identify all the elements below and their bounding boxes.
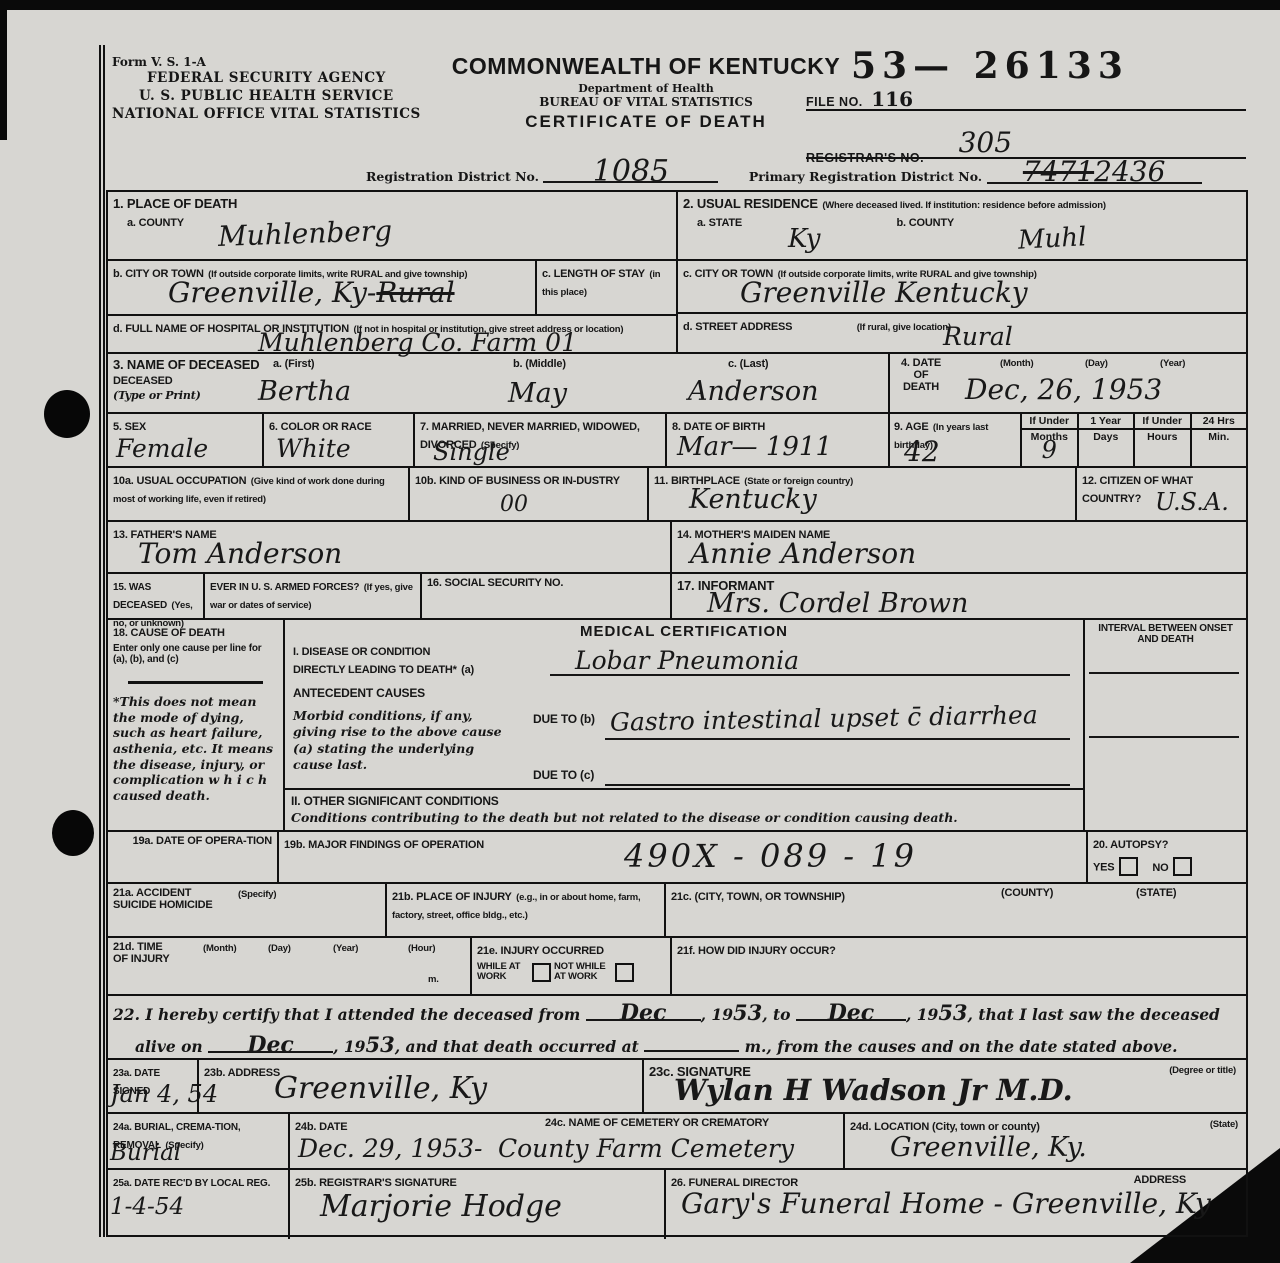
occupation-cell: 10a. USUAL OCCUPATION (Give kind of work… bbox=[108, 468, 408, 520]
document-title: COMMONWEALTH OF KENTUCKY bbox=[406, 53, 886, 80]
institution-value: Muhlenberg Co. Farm 01 bbox=[258, 330, 577, 355]
cemetery-label: 24c. NAME OF CEMETERY OR CREMATORY bbox=[545, 1117, 769, 1129]
injury-county-label: (COUNTY) bbox=[1001, 887, 1053, 899]
institution-cell: d. FULL NAME OF HOSPITAL OR INSTITUTION … bbox=[108, 314, 676, 356]
age-label: 9. AGE bbox=[894, 421, 928, 433]
cause-of-death-note-cell: 18. CAUSE OF DEATH Enter only one cause … bbox=[108, 620, 283, 830]
row-parents: 13. FATHER'S NAME Tom Anderson 14. MOTHE… bbox=[108, 522, 1246, 574]
last-name-value: Anderson bbox=[688, 378, 819, 405]
medical-certification-cell: MEDICAL CERTIFICATION I. DISEASE OR COND… bbox=[283, 620, 1083, 830]
while-at-work-label: WHILE AT WORK bbox=[477, 962, 529, 983]
date-received-value: 1-4-54 bbox=[110, 1196, 184, 1219]
scan-edge-left bbox=[0, 0, 7, 140]
citizen-cell: 12. CITIZEN OF WHAT COUNTRY? U.S.A. bbox=[1075, 468, 1246, 520]
autopsy-yes-label: YES bbox=[1093, 862, 1114, 874]
sex-cell: 5. SEX Female bbox=[108, 414, 262, 466]
middle-name-label: b. (Middle) bbox=[513, 358, 566, 370]
length-of-stay-label: c. LENGTH OF STAY bbox=[542, 268, 645, 280]
operation-findings-label: 19b. MAJOR FINDINGS OF OPERATION bbox=[284, 839, 484, 851]
birthplace-value: Kentucky bbox=[689, 486, 817, 513]
ssn-cell: 16. SOCIAL SECURITY NO. bbox=[420, 574, 670, 618]
other-conditions-block: II. OTHER SIGNIFICANT CONDITIONS Conditi… bbox=[285, 788, 1083, 827]
row-occupation-birthplace: 10a. USUAL OCCUPATION (Give kind of work… bbox=[108, 468, 1246, 522]
name-label: 3. NAME OF DECEASED DECEASED (Type or Pr… bbox=[113, 357, 263, 402]
marital-cell: 7. MARRIED, NEVER MARRIED, WIDOWED, DIVO… bbox=[413, 414, 665, 466]
other-conditions-label: II. OTHER SIGNIFICANT CONDITIONS bbox=[291, 794, 499, 808]
dod-day-label: (Day) bbox=[1085, 358, 1108, 369]
file-no-value: 116 bbox=[871, 87, 913, 111]
accident-label: 21a. ACCIDENT SUICIDE HOMICIDE bbox=[113, 887, 223, 911]
city-value-struck: Rural bbox=[376, 276, 454, 309]
interval-label: INTERVAL BETWEEN ONSET AND DEATH bbox=[1090, 623, 1241, 645]
cause-a-blank: Lobar Pneumonia bbox=[550, 648, 1070, 676]
age-h2: Min. bbox=[1192, 430, 1247, 444]
district-label: Registration District No. bbox=[366, 169, 539, 184]
how-injury-label: 21f. HOW DID INJURY OCCUR? bbox=[677, 945, 836, 957]
certify-t4: , 19 bbox=[906, 1005, 938, 1024]
dod-label-text: 4. DATE OF DEATH bbox=[901, 357, 941, 393]
agency-line: FEDERAL SECURITY AGENCY bbox=[112, 69, 421, 87]
divider-rule bbox=[128, 681, 263, 684]
time-of-injury-label: 21d. TIME OF INJURY bbox=[113, 941, 173, 965]
file-no-line: FILE NO. 116 bbox=[806, 87, 1246, 111]
registrar-signature-cell: 25b. REGISTRAR'S SIGNATURE Marjorie Hodg… bbox=[288, 1170, 664, 1239]
primary-district-struck: 7471 bbox=[1023, 155, 1094, 188]
interval-rule bbox=[1089, 736, 1239, 738]
certify-alive-blank: Dec bbox=[208, 1031, 333, 1053]
primary-district-blank: 74712436 bbox=[987, 158, 1202, 184]
row-medical-certification: 18. CAUSE OF DEATH Enter only one cause … bbox=[108, 620, 1246, 832]
punch-hole bbox=[44, 390, 90, 438]
injury-state-label: (STATE) bbox=[1136, 887, 1176, 899]
cause-a-value: Lobar Pneumonia bbox=[575, 646, 799, 675]
physician-address-cell: 23b. ADDRESS Greenville, Ky bbox=[197, 1060, 642, 1112]
time-of-injury-cell: 21d. TIME OF INJURY (Month) (Day) (Year)… bbox=[108, 938, 470, 994]
accident-suicide-cell: 21a. ACCIDENT SUICIDE HOMICIDE (Specify) bbox=[108, 884, 385, 936]
first-name-value: Bertha bbox=[258, 378, 351, 405]
burial-type-value: Burial bbox=[110, 1142, 181, 1165]
usual-residence-hint: (Where deceased lived. If institution: r… bbox=[822, 200, 1105, 211]
registrar-signature-label: 25b. REGISTRAR'S SIGNATURE bbox=[295, 1177, 457, 1189]
injury-month-label: (Month) bbox=[203, 943, 236, 954]
certify-y2: 53 bbox=[938, 1000, 967, 1025]
injury-hour-label: (Hour) bbox=[408, 943, 435, 954]
age-col-days: 1 Year Days bbox=[1079, 414, 1136, 466]
cause-b-value: Gastro intestinal upset c̄ diarrhea bbox=[610, 702, 1038, 734]
dod-year-label: (Year) bbox=[1160, 358, 1185, 369]
residence-county-value: Muhl bbox=[1017, 224, 1087, 254]
place-of-death-title: 1. PLACE OF DEATH bbox=[113, 196, 237, 211]
certify-from-value: Dec bbox=[620, 1000, 666, 1026]
punch-hole bbox=[52, 810, 94, 856]
injury-location-cell: 21c. (CITY, TOWN, OR TOWNSHIP) (COUNTY) … bbox=[664, 884, 1246, 936]
antecedent-label: ANTECEDENT CAUSES bbox=[293, 686, 425, 700]
certify-t1: 22. I hereby certify that I attended the… bbox=[113, 1005, 580, 1024]
injury-occurred-cell: 21e. INJURY OCCURRED WHILE AT WORK NOT W… bbox=[470, 938, 670, 994]
burial-location-cell: 24d. LOCATION (City, town or county) (St… bbox=[843, 1114, 1246, 1168]
residence-city-value: Greenville Kentucky bbox=[740, 279, 1028, 307]
autopsy-label: 20. AUTOPSY? bbox=[1093, 839, 1168, 851]
injury-m-label: m. bbox=[428, 974, 439, 985]
certify-t3: , to bbox=[762, 1005, 790, 1024]
marital-value: Single bbox=[433, 440, 510, 464]
row-sex-race-marital: 5. SEX Female 6. COLOR OR RACE White 7. … bbox=[108, 414, 1246, 468]
age-h1: If Under bbox=[1135, 414, 1190, 430]
row-signature: 23a. DATE SIGNED Jan 4, 54 23b. ADDRESS … bbox=[108, 1060, 1246, 1114]
certify-from-blank: Dec bbox=[586, 999, 701, 1021]
age-h1: If Under bbox=[1022, 414, 1077, 430]
residence-city-cell: c. CITY OR TOWN (If outside corporate li… bbox=[678, 259, 1246, 312]
age-col-months: If Under Months 9 bbox=[1022, 414, 1079, 466]
father-name-cell: 13. FATHER'S NAME Tom Anderson bbox=[108, 522, 670, 572]
age-h2: Days bbox=[1079, 430, 1134, 444]
residence-state-county-cell: 2. USUAL RESIDENCE (Where deceased lived… bbox=[678, 192, 1246, 259]
funeral-director-cell: 26. FUNERAL DIRECTOR ADDRESS Gary's Fune… bbox=[664, 1170, 1246, 1239]
registrar-signature-value: Marjorie Hodge bbox=[320, 1192, 562, 1222]
not-while-at-work-label: NOT WHILE AT WORK bbox=[554, 962, 612, 983]
dod-label: 4. DATE OF DEATH bbox=[895, 357, 947, 393]
row-place-residence: 1. PLACE OF DEATH a. COUNTY Muhlenberg b… bbox=[108, 192, 1246, 354]
degree-hint: (Degree or title) bbox=[1169, 1065, 1236, 1076]
sex-label: 5. SEX bbox=[113, 421, 146, 433]
certify-hour-blank bbox=[644, 1030, 739, 1052]
medcert-title: MEDICAL CERTIFICATION bbox=[285, 620, 1083, 640]
age-cell: 9. AGE (In years last birthday) 42 If Un… bbox=[888, 414, 1246, 466]
injury-day-label: (Day) bbox=[268, 943, 291, 954]
dod-month-label: (Month) bbox=[1000, 358, 1033, 369]
row-operation-autopsy: 19a. DATE OF OPERA-TION 19b. MAJOR FINDI… bbox=[108, 832, 1246, 884]
residence-state-value: Ky bbox=[788, 226, 820, 252]
date-signed-cell: 23a. DATE SIGNED Jan 4, 54 bbox=[108, 1060, 197, 1112]
funeral-director-value: Gary's Funeral Home - Greenville, Ky bbox=[681, 1190, 1211, 1218]
issuing-agency-block: Form V. S. 1-A FEDERAL SECURITY AGENCY U… bbox=[112, 55, 421, 124]
registrar-no-value: 305 bbox=[959, 126, 1012, 159]
not-while-at-work-checkbox bbox=[615, 963, 634, 982]
dob-value: Mar— 1911 bbox=[677, 434, 832, 460]
certificate-form: Form V. S. 1-A FEDERAL SECURITY AGENCY U… bbox=[106, 45, 1248, 1237]
cemetery-value: County Farm Cemetery bbox=[498, 1136, 794, 1161]
race-label: 6. COLOR OR RACE bbox=[269, 421, 372, 433]
row-forces-ssn-informant: 15. WAS DECEASED (Yes, no, or unknown) E… bbox=[108, 574, 1246, 620]
agency-line: NATIONAL OFFICE VITAL STATISTICS bbox=[112, 105, 421, 123]
age-months-value: 9 bbox=[1022, 438, 1077, 462]
armed-forces-q-cell: 15. WAS DECEASED (Yes, no, or unknown) bbox=[108, 574, 203, 618]
funeral-address-label: ADDRESS bbox=[1134, 1174, 1186, 1186]
certify-t2: , 19 bbox=[701, 1005, 733, 1024]
cause-note1: Enter only one cause per line for (a), (… bbox=[113, 643, 278, 665]
place-of-death-section: 1. PLACE OF DEATH a. COUNTY Muhlenberg b… bbox=[108, 192, 676, 352]
date-received-label: 25a. DATE REC'D BY LOCAL REG. bbox=[113, 1178, 270, 1189]
accident-hint: (Specify) bbox=[238, 889, 276, 900]
residence-street-cell: d. STREET ADDRESS (If rural, give locati… bbox=[678, 312, 1246, 354]
injury-city-label: 21c. (CITY, TOWN, OR TOWNSHIP) bbox=[671, 891, 845, 903]
age-h1: 24 Hrs bbox=[1192, 414, 1247, 430]
death-certificate-scan: { "colors":{"paper":"#d7d6d2","ink":"#16… bbox=[0, 0, 1280, 1263]
father-value: Tom Anderson bbox=[138, 540, 342, 568]
age-col-min: 24 Hrs Min. bbox=[1192, 414, 1247, 466]
name-sub-label: (Type or Print) bbox=[113, 389, 201, 402]
row-burial: 24a. BURIAL, CREMA-TION, REMOVAL (Specif… bbox=[108, 1114, 1246, 1170]
age-value-block: 9. AGE (In years last birthday) 42 bbox=[890, 414, 1020, 466]
age-h2: Hours bbox=[1135, 430, 1190, 444]
form-number: Form V. S. 1-A bbox=[112, 55, 421, 69]
industry-label: 10b. KIND OF BUSINESS OR IN-DUSTRY bbox=[415, 475, 620, 487]
district-value: 1085 bbox=[593, 154, 669, 189]
disease-label-2: DIRECTLY LEADING TO DEATH* bbox=[293, 664, 457, 676]
certify-statement-cell: 22. I hereby certify that I attended the… bbox=[108, 996, 1246, 1058]
dob-cell: 8. DATE OF BIRTH Mar— 1911 bbox=[665, 414, 888, 466]
residence-state-label: a. STATE bbox=[697, 217, 742, 229]
certify-t7: , and that death occurred at bbox=[395, 1037, 639, 1056]
file-no-label: FILE NO. bbox=[806, 95, 863, 109]
burial-date-label: 24b. DATE bbox=[295, 1121, 347, 1133]
district-blank: 1085 bbox=[543, 157, 718, 183]
scan-edge-top bbox=[0, 0, 1280, 10]
certificate-grid: 1. PLACE OF DEATH a. COUNTY Muhlenberg b… bbox=[106, 190, 1248, 1237]
age-value: 42 bbox=[904, 438, 940, 466]
autopsy-cell: 20. AUTOPSY? YES NO bbox=[1086, 832, 1246, 882]
certify-to-blank: Dec bbox=[796, 999, 906, 1021]
certify-to-value: Dec bbox=[828, 1000, 874, 1026]
cause-c-blank bbox=[605, 762, 1070, 786]
operation-findings-cell: 19b. MAJOR FINDINGS OF OPERATION 490X - … bbox=[277, 832, 1086, 882]
cause-note2: *This does not mean the mode of dying, s… bbox=[113, 694, 278, 803]
age-h1: 1 Year bbox=[1079, 414, 1134, 430]
primary-district-label: Primary Registration District No. bbox=[749, 169, 982, 184]
first-name-label: a. (First) bbox=[273, 358, 314, 370]
burial-location-value: Greenville, Ky. bbox=[890, 1134, 1087, 1161]
ssn-label: 16. SOCIAL SECURITY NO. bbox=[427, 577, 665, 589]
place-of-injury-cell: 21b. PLACE OF INJURY (e.g., in or about … bbox=[385, 884, 664, 936]
industry-cell: 10b. KIND OF BUSINESS OR IN-DUSTRY 00 bbox=[408, 468, 647, 520]
row-injury-place: 21a. ACCIDENT SUICIDE HOMICIDE (Specify)… bbox=[108, 884, 1246, 938]
certify-t5b: alive on bbox=[135, 1037, 203, 1056]
burial-date-cemetery-cell: 24b. DATE 24c. NAME OF CEMETERY OR CREMA… bbox=[288, 1114, 843, 1168]
armed-forces-cell: EVER IN U. S. ARMED FORCES? (If yes, giv… bbox=[203, 574, 420, 618]
county-label: a. COUNTY bbox=[127, 217, 184, 229]
informant-value: Mrs. Cordel Brown bbox=[707, 590, 968, 617]
physician-address-value: Greenville, Ky bbox=[274, 1074, 487, 1104]
occupation-label: 10a. USUAL OCCUPATION bbox=[113, 475, 246, 487]
race-value: White bbox=[276, 436, 351, 461]
certify-t6: , 19 bbox=[333, 1037, 365, 1056]
usual-residence-section: 2. USUAL RESIDENCE (Where deceased lived… bbox=[676, 192, 1246, 352]
physician-address-label: 23b. ADDRESS bbox=[204, 1067, 280, 1079]
how-injury-cell: 21f. HOW DID INJURY OCCUR? bbox=[670, 938, 1246, 994]
city-of-death-cell: b. CITY OR TOWN (If outside corporate li… bbox=[108, 261, 535, 314]
last-name-label: c. (Last) bbox=[728, 358, 768, 370]
name-label-text: 3. NAME OF DECEASED bbox=[113, 357, 259, 372]
row-registrar-funeral: 25a. DATE REC'D BY LOCAL REG. 1-4-54 25b… bbox=[108, 1170, 1246, 1239]
cause-of-death-label: 18. CAUSE OF DEATH bbox=[113, 627, 225, 639]
county-value: Muhlenberg bbox=[218, 217, 393, 251]
row-name-dod: 3. NAME OF DECEASED DECEASED (Type or Pr… bbox=[108, 354, 1246, 414]
registration-district-line: Registration District No. 1085 Primary R… bbox=[366, 157, 1248, 187]
cause-b-blank: Gastro intestinal upset c̄ diarrhea bbox=[605, 704, 1070, 740]
operation-date-label: 19a. DATE OF OPERA-TION bbox=[113, 835, 272, 847]
autopsy-yes-checkbox bbox=[1119, 857, 1138, 876]
certify-y3: 53 bbox=[365, 1032, 394, 1057]
length-of-stay-cell: c. LENGTH OF STAY (in this place) bbox=[535, 261, 676, 314]
while-at-work-checkbox bbox=[532, 963, 551, 982]
disease-label-1: I. DISEASE OR CONDITION bbox=[293, 646, 430, 658]
city-value: Greenville, Ky- bbox=[168, 276, 376, 309]
street-address-value: Rural bbox=[943, 324, 1013, 349]
interval-rule bbox=[1089, 672, 1239, 674]
armed-forces-label: EVER IN U. S. ARMED FORCES? bbox=[210, 582, 359, 593]
mother-name-cell: 14. MOTHER'S MAIDEN NAME Annie Anderson bbox=[670, 522, 1246, 572]
injury-occurred-label: 21e. INJURY OCCURRED bbox=[477, 945, 604, 957]
physician-signature-cell: 23c. SIGNATURE (Degree or title) Wylan H… bbox=[642, 1060, 1246, 1112]
middle-name-value: May bbox=[508, 380, 567, 407]
primary-district-value: 2436 bbox=[1094, 155, 1165, 188]
usual-residence-title: 2. USUAL RESIDENCE bbox=[683, 196, 818, 211]
street-address-hint: (If rural, give location) bbox=[857, 322, 951, 333]
certify-y1: 53 bbox=[733, 1000, 762, 1025]
agency-line: U. S. PUBLIC HEALTH SERVICE bbox=[112, 87, 421, 105]
street-address-label: d. STREET ADDRESS bbox=[683, 321, 792, 333]
birthplace-cell: 11. BIRTHPLACE (State or foreign country… bbox=[647, 468, 1075, 520]
mother-value: Annie Anderson bbox=[690, 540, 916, 568]
age-subtable: If Under Months 9 1 Year Days If Under H… bbox=[1020, 414, 1246, 466]
age-col-hours: If Under Hours bbox=[1135, 414, 1192, 466]
was-deceased-label: 15. WAS DECEASED bbox=[113, 582, 167, 611]
name-of-deceased-cell: 3. NAME OF DECEASED DECEASED (Type or Pr… bbox=[108, 354, 888, 412]
row-injury-time: 21d. TIME OF INJURY (Month) (Day) (Year)… bbox=[108, 938, 1246, 996]
dod-value: Dec, 26, 1953 bbox=[965, 376, 1162, 404]
file-number-stamp: 53— 26133 bbox=[851, 45, 1129, 87]
burial-type-cell: 24a. BURIAL, CREMA-TION, REMOVAL (Specif… bbox=[108, 1114, 288, 1168]
certificate-type: CERTIFICATE OF DEATH bbox=[406, 112, 886, 132]
citizen-value: U.S.A. bbox=[1155, 490, 1229, 514]
certify-alive-value: Dec bbox=[247, 1032, 293, 1058]
autopsy-no-checkbox bbox=[1173, 857, 1192, 876]
morbid-note: Morbid conditions, if any, giving rise t… bbox=[293, 708, 518, 773]
burial-location-state-label: (State) bbox=[1210, 1119, 1238, 1130]
disease-a-tag: (a) bbox=[461, 664, 474, 676]
interval-cell: INTERVAL BETWEEN ONSET AND DEATH bbox=[1083, 620, 1246, 830]
autopsy-no-label: NO bbox=[1152, 862, 1168, 874]
date-of-death-cell: 4. DATE OF DEATH (Month) (Day) (Year) De… bbox=[888, 354, 1246, 412]
form-header: Form V. S. 1-A FEDERAL SECURITY AGENCY U… bbox=[106, 45, 1248, 190]
physician-signature-value: Wylan H Wadson Jr M.D. bbox=[674, 1076, 1073, 1105]
due-to-b-label: DUE TO (b) bbox=[533, 712, 595, 726]
county-of-death-cell: 1. PLACE OF DEATH a. COUNTY Muhlenberg bbox=[108, 192, 676, 259]
operation-date-cell: 19a. DATE OF OPERA-TION bbox=[108, 832, 277, 882]
certify-t8: m., from the causes and on the date stat… bbox=[745, 1037, 1178, 1056]
injury-year-label: (Year) bbox=[333, 943, 358, 954]
certify-t5: , that I last saw the deceased bbox=[968, 1005, 1220, 1024]
residence-county-label: b. COUNTY bbox=[897, 217, 954, 229]
due-to-c-label: DUE TO (c) bbox=[533, 768, 594, 782]
place-of-injury-label: 21b. PLACE OF INJURY bbox=[392, 891, 512, 903]
informant-cell: 17. INFORMANT Mrs. Cordel Brown bbox=[670, 574, 1246, 618]
burial-date-value: Dec. 29, 1953- bbox=[298, 1136, 483, 1161]
date-received-cell: 25a. DATE REC'D BY LOCAL REG. 1-4-54 bbox=[108, 1170, 288, 1239]
city-length-row: b. CITY OR TOWN (If outside corporate li… bbox=[108, 259, 676, 314]
sex-value: Female bbox=[116, 436, 208, 461]
row-certify-statement: 22. I hereby certify that I attended the… bbox=[108, 996, 1246, 1060]
other-conditions-note: Conditions contributing to the death but… bbox=[291, 810, 1077, 825]
industry-value: 00 bbox=[500, 494, 528, 516]
race-cell: 6. COLOR OR RACE White bbox=[262, 414, 413, 466]
operation-findings-value: 490X - 089 - 19 bbox=[624, 840, 917, 872]
